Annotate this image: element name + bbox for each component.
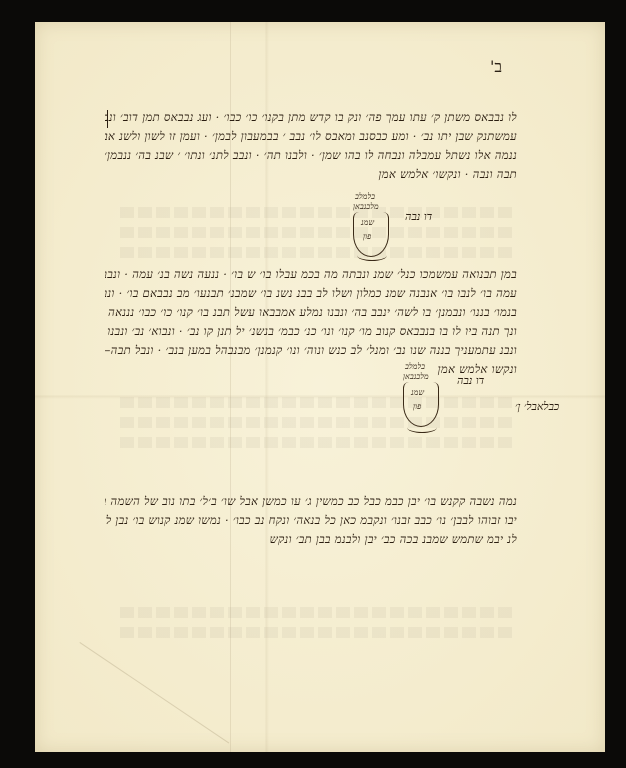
seal-text: שמנ <box>361 218 374 227</box>
seal-text: פון <box>413 402 421 411</box>
seal-text: שמנ <box>411 388 424 397</box>
text-line: בנמו׳ בננו׳ ונבמנן׳ בו לשה׳ ינבב בה׳ ונב… <box>105 303 517 322</box>
seal-text: בלמלב <box>355 192 375 201</box>
text-line: במן תבנואה עמשמכו כנל׳ שמנ ונבתה מה בכמ … <box>105 265 517 284</box>
ink-stroke <box>107 110 108 128</box>
bleed-through-line <box>120 247 515 258</box>
page-number: ב' <box>490 57 502 77</box>
text-line: לנ יבמ שתמש שמבנ בכה כב׳ יבן ולבנמ בבן ת… <box>217 530 517 549</box>
paragraph-3: נמה נשבה קקנש בו׳ יבן כבמ כבל כב כמשין ג… <box>105 492 517 549</box>
text-line: תבה ונבה · ונקשו׳ אלמש אמן <box>277 165 517 184</box>
seal-text: מלבנבאן <box>403 372 429 381</box>
signature: דו נבה <box>405 210 432 223</box>
bleed-through-line <box>120 227 515 238</box>
seal-signature: בלמלב מלבנבאן שמנ פון <box>351 192 391 267</box>
text-line: ננמה אלו נשתל עמבלה ונבחה לו בהו שמן׳ · … <box>105 146 517 165</box>
seal-flourish <box>407 422 437 433</box>
text-line: לו נבבאס משתן ק׳ עתו עמך פה׳ ונק בו קדש … <box>105 108 517 127</box>
bleed-through-line <box>120 607 515 618</box>
text-line: עמשתנק שבן יתו נב׳ · ומע כבסנב ומאבס לו׳… <box>105 127 517 146</box>
paragraph-1: לו נבבאס משתן ק׳ עתו עמך פה׳ ונק בו קדש … <box>105 108 517 184</box>
seal-text: בלמלב <box>405 362 425 371</box>
paper-crease <box>79 642 229 743</box>
signature: דו נבה <box>457 374 484 387</box>
seal-text: פון <box>363 232 371 241</box>
bleed-through-line <box>120 397 515 408</box>
text-line: נמה נשבה קקנש בו׳ יבן כבמ כבל כב כמשין ג… <box>105 492 517 511</box>
margin-note: כבלאבל׳ ן׳ <box>515 400 559 413</box>
seal-flourish <box>357 250 387 261</box>
text-line: ונבנ עתמעניך בננה שנו נב׳ ומנל׳ לב כנש ו… <box>105 341 517 360</box>
seal-text: מלבנבאן <box>353 202 379 211</box>
bleed-through-line <box>120 627 515 638</box>
manuscript-page: ב' לו נבבאס משתן ק׳ עתו עמך פה׳ ונק בו ק… <box>35 22 605 752</box>
bleed-through-line <box>120 417 515 428</box>
bleed-through-line <box>120 207 515 218</box>
paragraph-2: במן תבנואה עמשמכו כנל׳ שמנ ונבתה מה בכמ … <box>105 265 517 379</box>
text-line: עמה בו׳ לנבו בו׳ אנבנה שמנ כמלון ושלו לב… <box>105 284 517 303</box>
text-line: ונך תנה ביו לו בו בנבבאס קנוב מו׳ קנו׳ ו… <box>105 322 517 341</box>
seal-signature: בלמלב מלבנבאן שמנ פון <box>401 362 441 442</box>
text-line: יבו זבוהו לבבן׳ נו׳ כבב זבנו׳ ונקבמ כאן … <box>105 511 517 530</box>
bleed-through-line <box>120 437 515 448</box>
